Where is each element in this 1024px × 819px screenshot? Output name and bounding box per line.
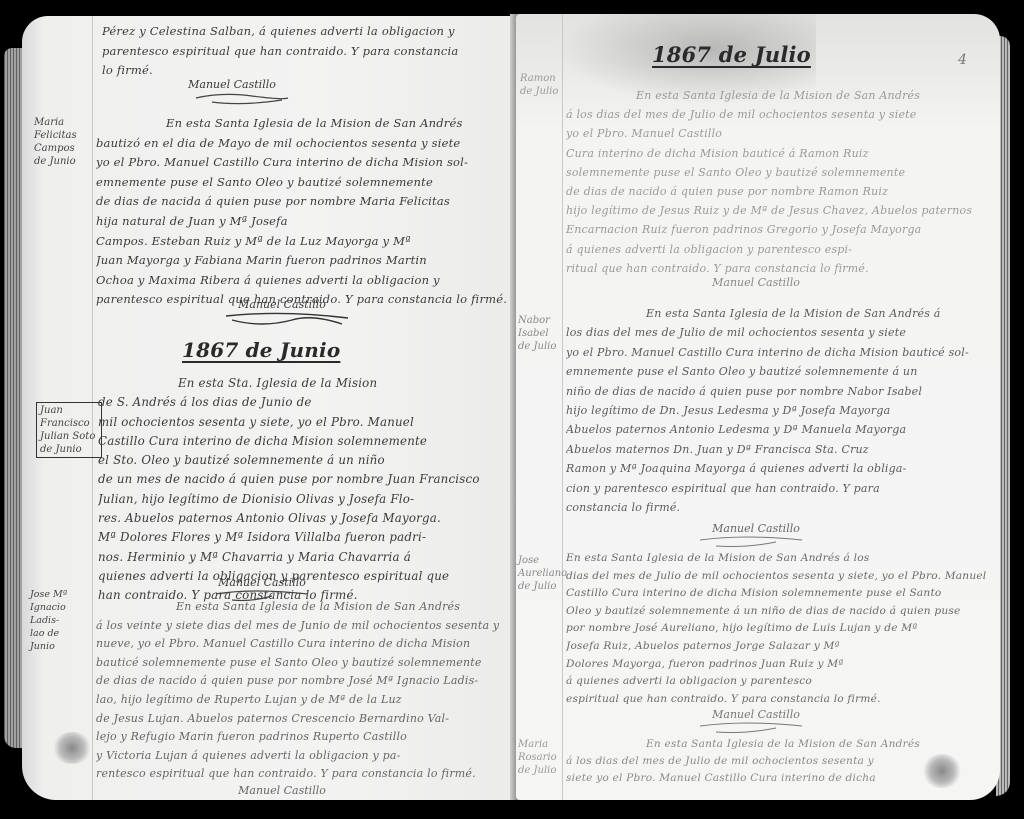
margin-note-entry-1: Maria Felicitas Campos de Junio [34,116,86,168]
priest-signature: Manuel Castillo [696,276,816,289]
margin-note-entry-3: Jose Aureliano de Julio [518,554,558,593]
paper-stain [922,754,962,788]
baptism-entry-3: En esta Santa Iglesia de la Mision de Sa… [566,550,996,708]
section-title-july: 1867 de Julio [652,42,811,67]
margin-note-entry-4: Maria Rosario de Julio [518,738,558,777]
signature-flourish [192,90,292,106]
baptism-entry-3: En esta Santa Iglesia de la Mision de Sa… [96,598,512,784]
baptism-entry-1: En esta Santa Iglesia de la Mision de Sa… [96,114,512,310]
paper-stain [52,732,92,764]
baptism-entry-1: En esta Santa Iglesia de la Mision de Sa… [566,86,996,278]
margin-note-entry-2: Juan Francisco Julian Soto de Junio [36,402,102,458]
section-title-june: 1867 de Junio [182,338,340,362]
right-page: 1867 de Julio 4 Ramon de Julio En esta S… [516,14,1000,800]
baptism-entry-2: En esta Sta. Iglesia de la Mision de S. … [98,374,512,606]
priest-signature: Manuel Castillo [222,784,342,797]
margin-note-entry-1: Ramon de Julio [520,72,560,98]
left-page: Pérez y Celestina Salban, á quienes adve… [22,16,518,800]
register-spread: Pérez y Celestina Salban, á quienes adve… [0,0,1024,819]
page-number: 4 [958,52,967,68]
signature-flourish [696,534,806,550]
entry-continuation: Pérez y Celestina Salban, á quienes adve… [102,22,512,81]
margin-note-entry-3: Jose Mª Ignacio Ladis- lao de Junio [30,588,86,653]
margin-rule [562,14,563,800]
baptism-entry-2: En esta Santa Iglesia de la Mision de Sa… [566,304,996,517]
signature-flourish [222,310,352,330]
margin-note-entry-2: Nabor Isabel de Julio [518,314,558,353]
signature-flourish [696,720,806,736]
